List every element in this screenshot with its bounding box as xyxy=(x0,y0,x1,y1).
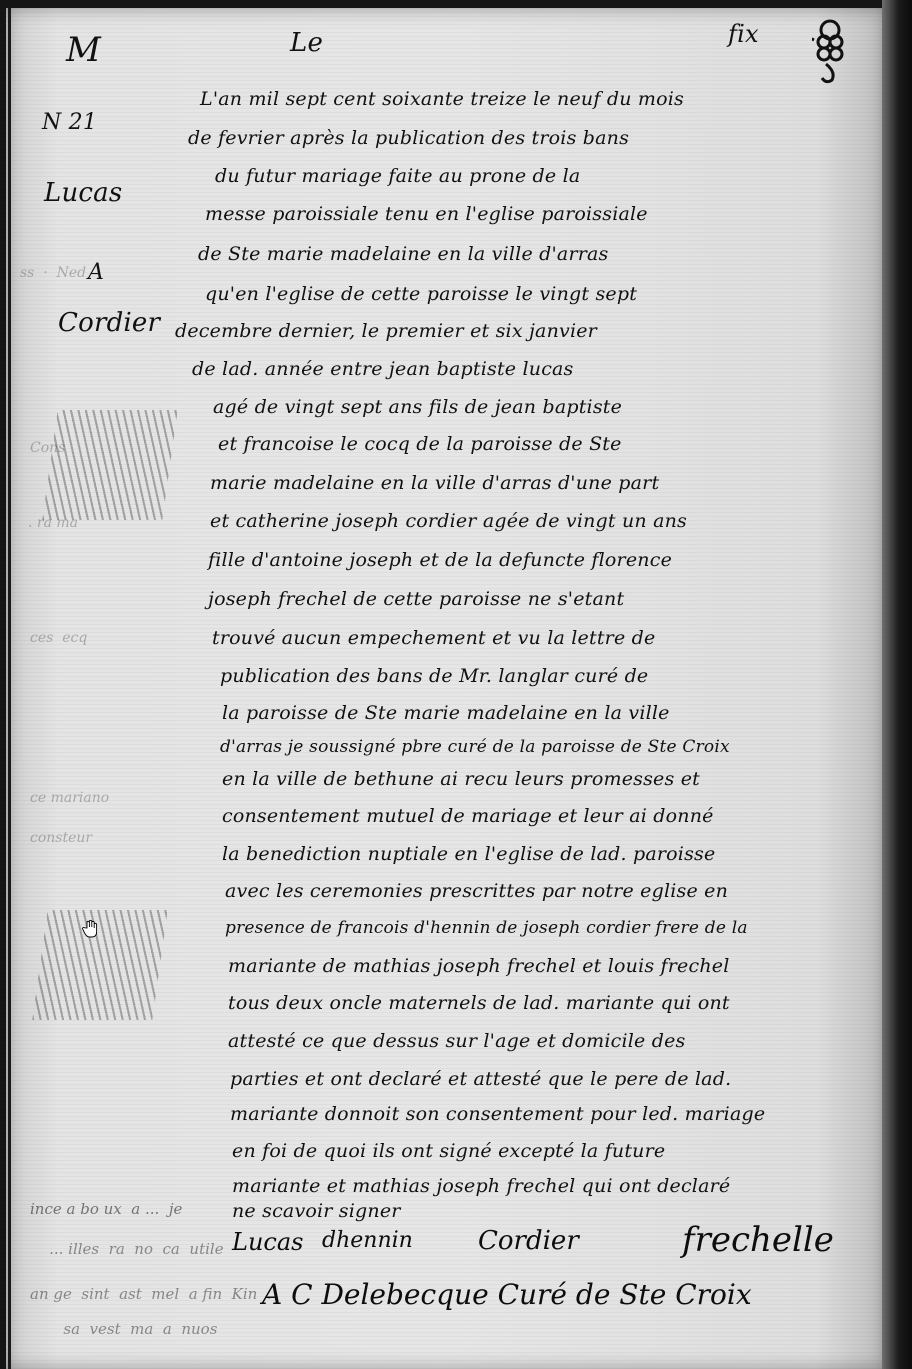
body-line: attesté ce que dessus sur l'age et domic… xyxy=(228,1030,686,1052)
bleed-through-text: ce mariano xyxy=(30,790,109,806)
signature-witness-2: Cordier xyxy=(478,1226,579,1256)
bleed-through-text: consteur xyxy=(30,830,92,846)
body-line: la benediction nuptiale en l'eglise de l… xyxy=(222,843,715,865)
bleed-through-text: ince a bo ux a ... je xyxy=(30,1200,182,1218)
body-line: fille d'antoine joseph et de la defuncte… xyxy=(208,549,672,571)
entry-number: N 21 xyxy=(42,110,97,135)
body-line: avec les ceremonies prescrittes par notr… xyxy=(225,880,728,902)
body-line: agé de vingt sept ans fils de jean bapti… xyxy=(213,396,622,418)
body-line: en la ville de bethune ai recu leurs pro… xyxy=(222,768,700,790)
body-line: messe paroissiale tenu en l'eglise paroi… xyxy=(205,203,648,225)
body-line: de lad. année entre jean baptiste lucas xyxy=(192,358,574,380)
groom-surname-margin: Lucas xyxy=(44,178,122,208)
book-binding-edge xyxy=(882,0,912,1369)
signature-priest: A C Delebecque Curé de Ste Croix xyxy=(262,1278,752,1311)
bride-surname-margin: Cordier xyxy=(58,308,160,338)
body-line: decembre dernier, le premier et six janv… xyxy=(175,320,597,342)
hand-cursor-icon xyxy=(82,920,98,938)
body-line: trouvé aucun empechement et vu la lettre… xyxy=(212,627,655,649)
body-line: et catherine joseph cordier agée de ving… xyxy=(210,510,687,532)
body-line: la paroisse de Ste marie madelaine en la… xyxy=(222,702,670,724)
header-mark-right: fix xyxy=(728,20,759,48)
ink-bleed-hatching xyxy=(42,410,177,520)
body-line: joseph frechel de cette paroisse ne s'et… xyxy=(208,588,624,610)
signature-witness-3: frechelle xyxy=(682,1220,834,1260)
body-line: mariante et mathias joseph frechel qui o… xyxy=(232,1175,730,1197)
bleed-through-text: ces ecq xyxy=(30,630,87,646)
bleed-through-text: an ge sint ast mel a fin Kin . xyxy=(30,1285,272,1303)
body-line: d'arras je soussigné pbre curé de la par… xyxy=(220,737,730,757)
body-line: publication des bans de Mr. langlar curé… xyxy=(220,665,648,687)
body-line: ne scavoir signer xyxy=(232,1200,401,1222)
paraph-flourish-icon xyxy=(812,12,848,86)
body-line: marie madelaine en la ville d'arras d'un… xyxy=(210,472,659,494)
body-line: consentement mutuel de mariage et leur a… xyxy=(222,805,714,827)
body-line: mariante donnoit son consentement pour l… xyxy=(230,1103,765,1125)
body-line: parties et ont declaré et attesté que le… xyxy=(230,1068,731,1090)
body-line: en foi de quoi ils ont signé excepté la … xyxy=(232,1140,665,1162)
body-line: presence de francois d'hennin de joseph … xyxy=(225,918,748,938)
body-line: et francoise le cocq de la paroisse de S… xyxy=(218,433,622,455)
bleed-through-text: ss · Ned xyxy=(20,265,86,281)
body-line: du futur mariage faite au prone de la xyxy=(215,165,580,187)
body-line: L'an mil sept cent soixante treize le ne… xyxy=(200,88,684,110)
body-line: de Ste marie madelaine en la ville d'arr… xyxy=(198,243,609,265)
body-line: tous deux oncle maternels de lad. marian… xyxy=(228,992,730,1014)
ink-bleed-hatching xyxy=(32,910,167,1020)
signature-groom: Lucas xyxy=(232,1228,303,1256)
header-mark-center: Le xyxy=(290,28,323,58)
margin-connector: A xyxy=(88,260,104,285)
signature-witness-1: dhennin xyxy=(322,1228,413,1253)
page-left-rule xyxy=(8,8,11,1369)
body-line: qu'en l'eglise de cette paroisse le ving… xyxy=(205,283,637,305)
header-mark-left: M xyxy=(66,30,101,70)
body-line: de fevrier après la publication des troi… xyxy=(188,127,629,149)
bleed-through-text: ... illes ra no ca utile xyxy=(30,1240,224,1258)
body-line: mariante de mathias joseph frechel et lo… xyxy=(228,955,730,977)
bleed-through-text: sa vest ma a nuos xyxy=(30,1320,217,1338)
